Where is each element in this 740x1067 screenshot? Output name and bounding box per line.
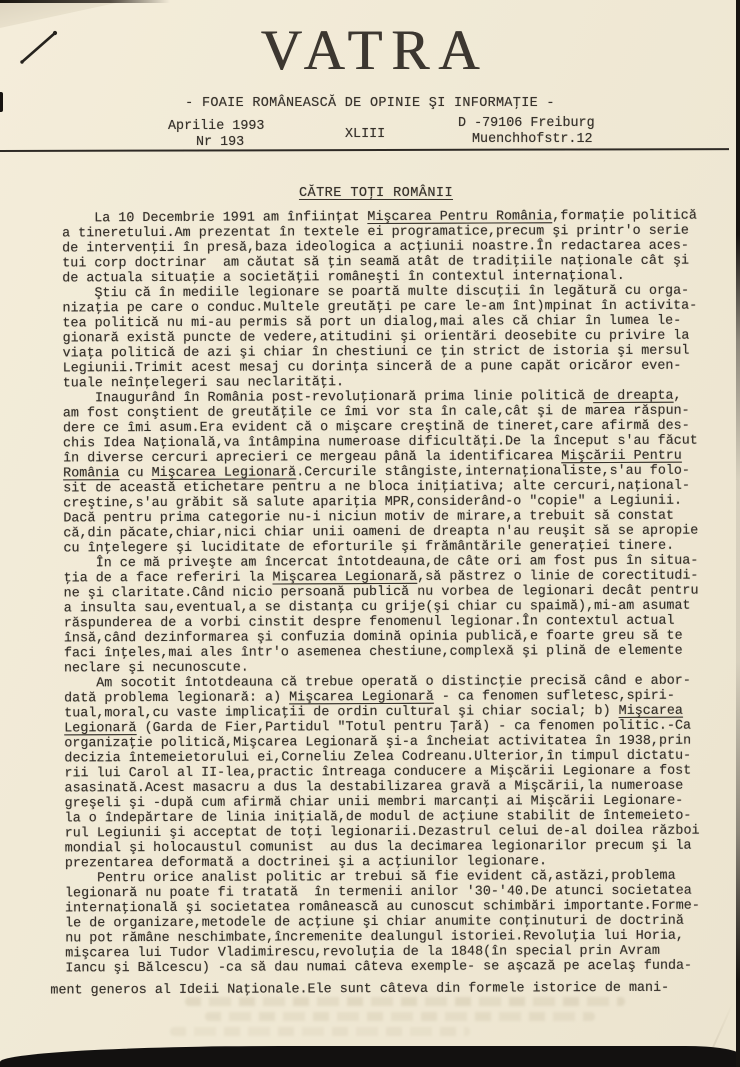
- underlined-text: Mişcarea Legionară: [289, 690, 434, 706]
- article-heading: CĂTRE TOŢI ROMÂNII: [6, 186, 740, 201]
- bleedthrough-ghost-text: [205, 1012, 595, 1021]
- header-divider-rule: [0, 148, 729, 152]
- scanned-newsletter-page: VATRA - FOAIE ROMÂNEASCĂ DE OPINIE ŞI IN…: [0, 0, 740, 1067]
- article-body: La 10 Decembrie 1991 am înfiinţat Mişcar…: [62, 209, 700, 999]
- scan-edge-bottom: [0, 1046, 740, 1067]
- scan-edge-right: [736, 0, 740, 1067]
- paragraph: Pentru orice analist politic ar trebui s…: [65, 869, 700, 999]
- text-line: faci înţeles,mai ales într'o asemenea ch…: [64, 644, 699, 662]
- publisher-address-line2: Muenchhofstr.12: [472, 132, 593, 147]
- article-heading-text: CĂTRE TOŢI ROMÂNII: [295, 186, 457, 201]
- newsletter-title: VATRA: [0, 22, 740, 80]
- paragraph: Ştiu că în mediile legionare se poartă m…: [62, 284, 697, 392]
- text-line: Legiunii.Trimit acest mesaj cu dorinţa s…: [63, 359, 698, 377]
- underlined-text: Mişcarea: [619, 704, 683, 719]
- bleedthrough-ghost-text: [170, 1027, 470, 1036]
- underlined-text: Mişcării Pentru: [561, 449, 682, 465]
- underlined-text: Mişcarea Legionară: [152, 465, 297, 481]
- underlined-text: România: [63, 466, 119, 481]
- newsletter-subtitle: - FOAIE ROMÂNEASCĂ DE OPINIE ŞI INFORMAŢ…: [0, 96, 740, 111]
- underlined-text: Mişcarea Pentru România: [367, 209, 552, 225]
- issue-number: Nr 193: [196, 135, 244, 150]
- underlined-text: Legionară: [64, 721, 136, 736]
- volume-numeral: XLIII: [345, 127, 385, 142]
- paragraph: Am socotit întotdeauna că trebue operată…: [64, 674, 700, 872]
- bleedthrough-ghost-text: [185, 997, 625, 1006]
- paper-crease: [712, 1001, 735, 1049]
- text-line: ment generos al Ideii Naţionale.Ele sunt…: [50, 974, 700, 999]
- paragraph: În ce mă priveşte am încercat întotdeaun…: [64, 554, 699, 677]
- publisher-address-line1: D -79106 Freiburg: [458, 116, 595, 131]
- underlined-text: de dreapta: [593, 389, 673, 404]
- underlined-text: Mişcarea Legionară: [273, 570, 418, 586]
- scan-edge-top: [0, 0, 170, 3]
- text-line: mondial şi holocaustul comunist au dus l…: [65, 839, 700, 857]
- paragraph: Inaugurând în România post-revoluţionară…: [63, 389, 699, 557]
- issue-date: Aprilie 1993: [168, 119, 264, 134]
- text-line: Iancu şi Bălcescu) -ca să dau numai câte…: [65, 959, 700, 977]
- paragraph: La 10 Decembrie 1991 am înfiinţat Mişcar…: [62, 209, 697, 287]
